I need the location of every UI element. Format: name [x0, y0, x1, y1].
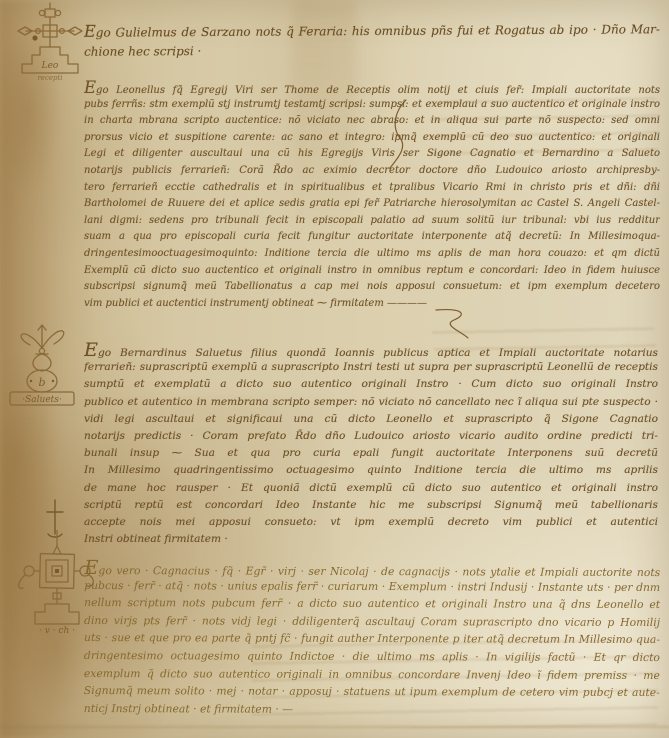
manuscript-line: lani digmi: sedens pro tribunali fecit i… [84, 213, 660, 230]
manuscript-line: Instri obtineat firmitatem · [84, 531, 658, 548]
manuscript-line: de mane hoc rausper · Et quoniã dictũ ex… [84, 480, 658, 497]
manuscript-line: pubcus · ferr̃ · atq̃ · nots · unius epa… [84, 577, 660, 597]
manuscript-line: chione hec scripsi · [84, 38, 660, 62]
manuscript-line: Bartholomei de Ruuere dei et aplice sedi… [84, 196, 660, 213]
notarial-sign-leonellus: Leo recepti [14, 2, 86, 96]
sign-base-text: Leo [41, 61, 59, 71]
manuscript-line: suam a qua pro episcopali curia fecit fu… [84, 229, 660, 246]
sign-base-text: · v · ch · [39, 626, 75, 636]
manuscript-line: nellum scriptum nots pubcum ferr̃ · a di… [84, 594, 660, 614]
manuscript-line: Legi et diligenter auscultaui una cũ his… [84, 146, 660, 163]
manuscript-line: notarijs predictis · Coram prefato R̃do … [84, 428, 658, 445]
manuscript-line: Ego Gulielmus de Sarzano nots q̃ Feraria… [84, 18, 660, 42]
manuscript-line: In Millesimo quadringentissimo octuagesi… [84, 462, 658, 479]
subscription-leonellus: Ego Leonellus fq̃ Egregij Viri ser Thome… [84, 80, 660, 312]
sign-base-text-2: recepti [37, 74, 62, 82]
manuscript-line: sumptũ et exemplatũ a dicto suo autentic… [84, 376, 658, 393]
subscription-bernardinus: Ego Bernardinus Saluetus filius quondã I… [84, 342, 658, 548]
manuscript-line: in charta mbrana scripto auctentice: nõ … [84, 113, 660, 130]
manuscript-line: accepte nois mei apposui consueto: vt ip… [84, 514, 658, 531]
manuscript-line: Ego vero · Cagnacius · fq̃ · Egr̃ · virj… [84, 559, 660, 579]
manuscript-line: uts · sue et que pro ea parte q̃ pntj fc… [84, 629, 660, 649]
ink-blot [32, 35, 37, 40]
manuscript-line: Ego Leonellus fq̃ Egregij Viri ser Thome… [84, 80, 660, 97]
manuscript-line: nticj Instrj obtineat · et firmitatem · … [84, 700, 660, 720]
sign-left-bow [24, 566, 34, 576]
manuscript-line: Exemplũ cũ dicto suo auctentico et origi… [84, 263, 660, 280]
manuscript-line: Signumq̃ meum solito · mej · notar · app… [84, 682, 660, 702]
sign-banner-text: ·Saluets· [22, 395, 62, 405]
sign-monogram: b [38, 376, 45, 389]
manuscript-line: pubs ferrñs: stm exemplũ stj instrumtj t… [84, 97, 660, 114]
sign-right-loop [42, 331, 64, 348]
manuscript-line: dringentesimo octuagesimo quinto Indicto… [84, 647, 660, 667]
manuscript-line: prorsus vicio et suspitione carente: ac … [84, 130, 660, 147]
parchment-page: Leo recepti b ·Saluets· [0, 0, 669, 738]
notarial-sign-saluetus: b ·Saluets· [6, 320, 78, 406]
sign-finial-box [45, 9, 55, 17]
sign-vase [33, 354, 51, 371]
sign-stepped-base [35, 604, 79, 624]
manuscript-line: vim publici et auctentici instrumentj ob… [84, 296, 660, 313]
manuscript-line: subscripsi signumq̃ meũ Tabellionatus a … [84, 279, 660, 296]
manuscript-line: scriptũ reptũ est concordari Ideo Instan… [84, 497, 658, 514]
manuscript-line: exemplum q̃ dicto suo autentico original… [84, 665, 660, 685]
manuscript-line: publico et autentico in membrana scripto… [84, 394, 658, 411]
subscription-cagnacius: Ego vero · Cagnacius · fq̃ · Egr̃ · virj… [84, 559, 661, 719]
sign-left-loop [21, 334, 42, 348]
manuscript-line: tero ferrarieñ ecctie cathedralis et in … [84, 180, 660, 197]
manuscript-line: dino virjs pts ferr̃ · nots vidj legi · … [84, 612, 660, 632]
subscription-gulielmus: Ego Gulielmus de Sarzano nots q̃ Feraria… [84, 18, 660, 62]
manuscript-line: Ego Bernardinus Saluetus filius quondã I… [84, 342, 658, 359]
manuscript-line: dringentesimooctuagesimoquinto: Indition… [84, 246, 660, 263]
manuscript-line: ferrarieñ: suprascriptũ exemplũ a supras… [84, 359, 658, 376]
manuscript-line: bunali insup ⁓ Sua et qua pro curia epal… [84, 445, 658, 462]
manuscript-line: vidi legi ascultaui et significaui una c… [84, 411, 658, 428]
manuscript-line: notarijs publicis ferrarieñ: Corã R̃do a… [84, 163, 660, 180]
parchment-crease [0, 726, 669, 728]
